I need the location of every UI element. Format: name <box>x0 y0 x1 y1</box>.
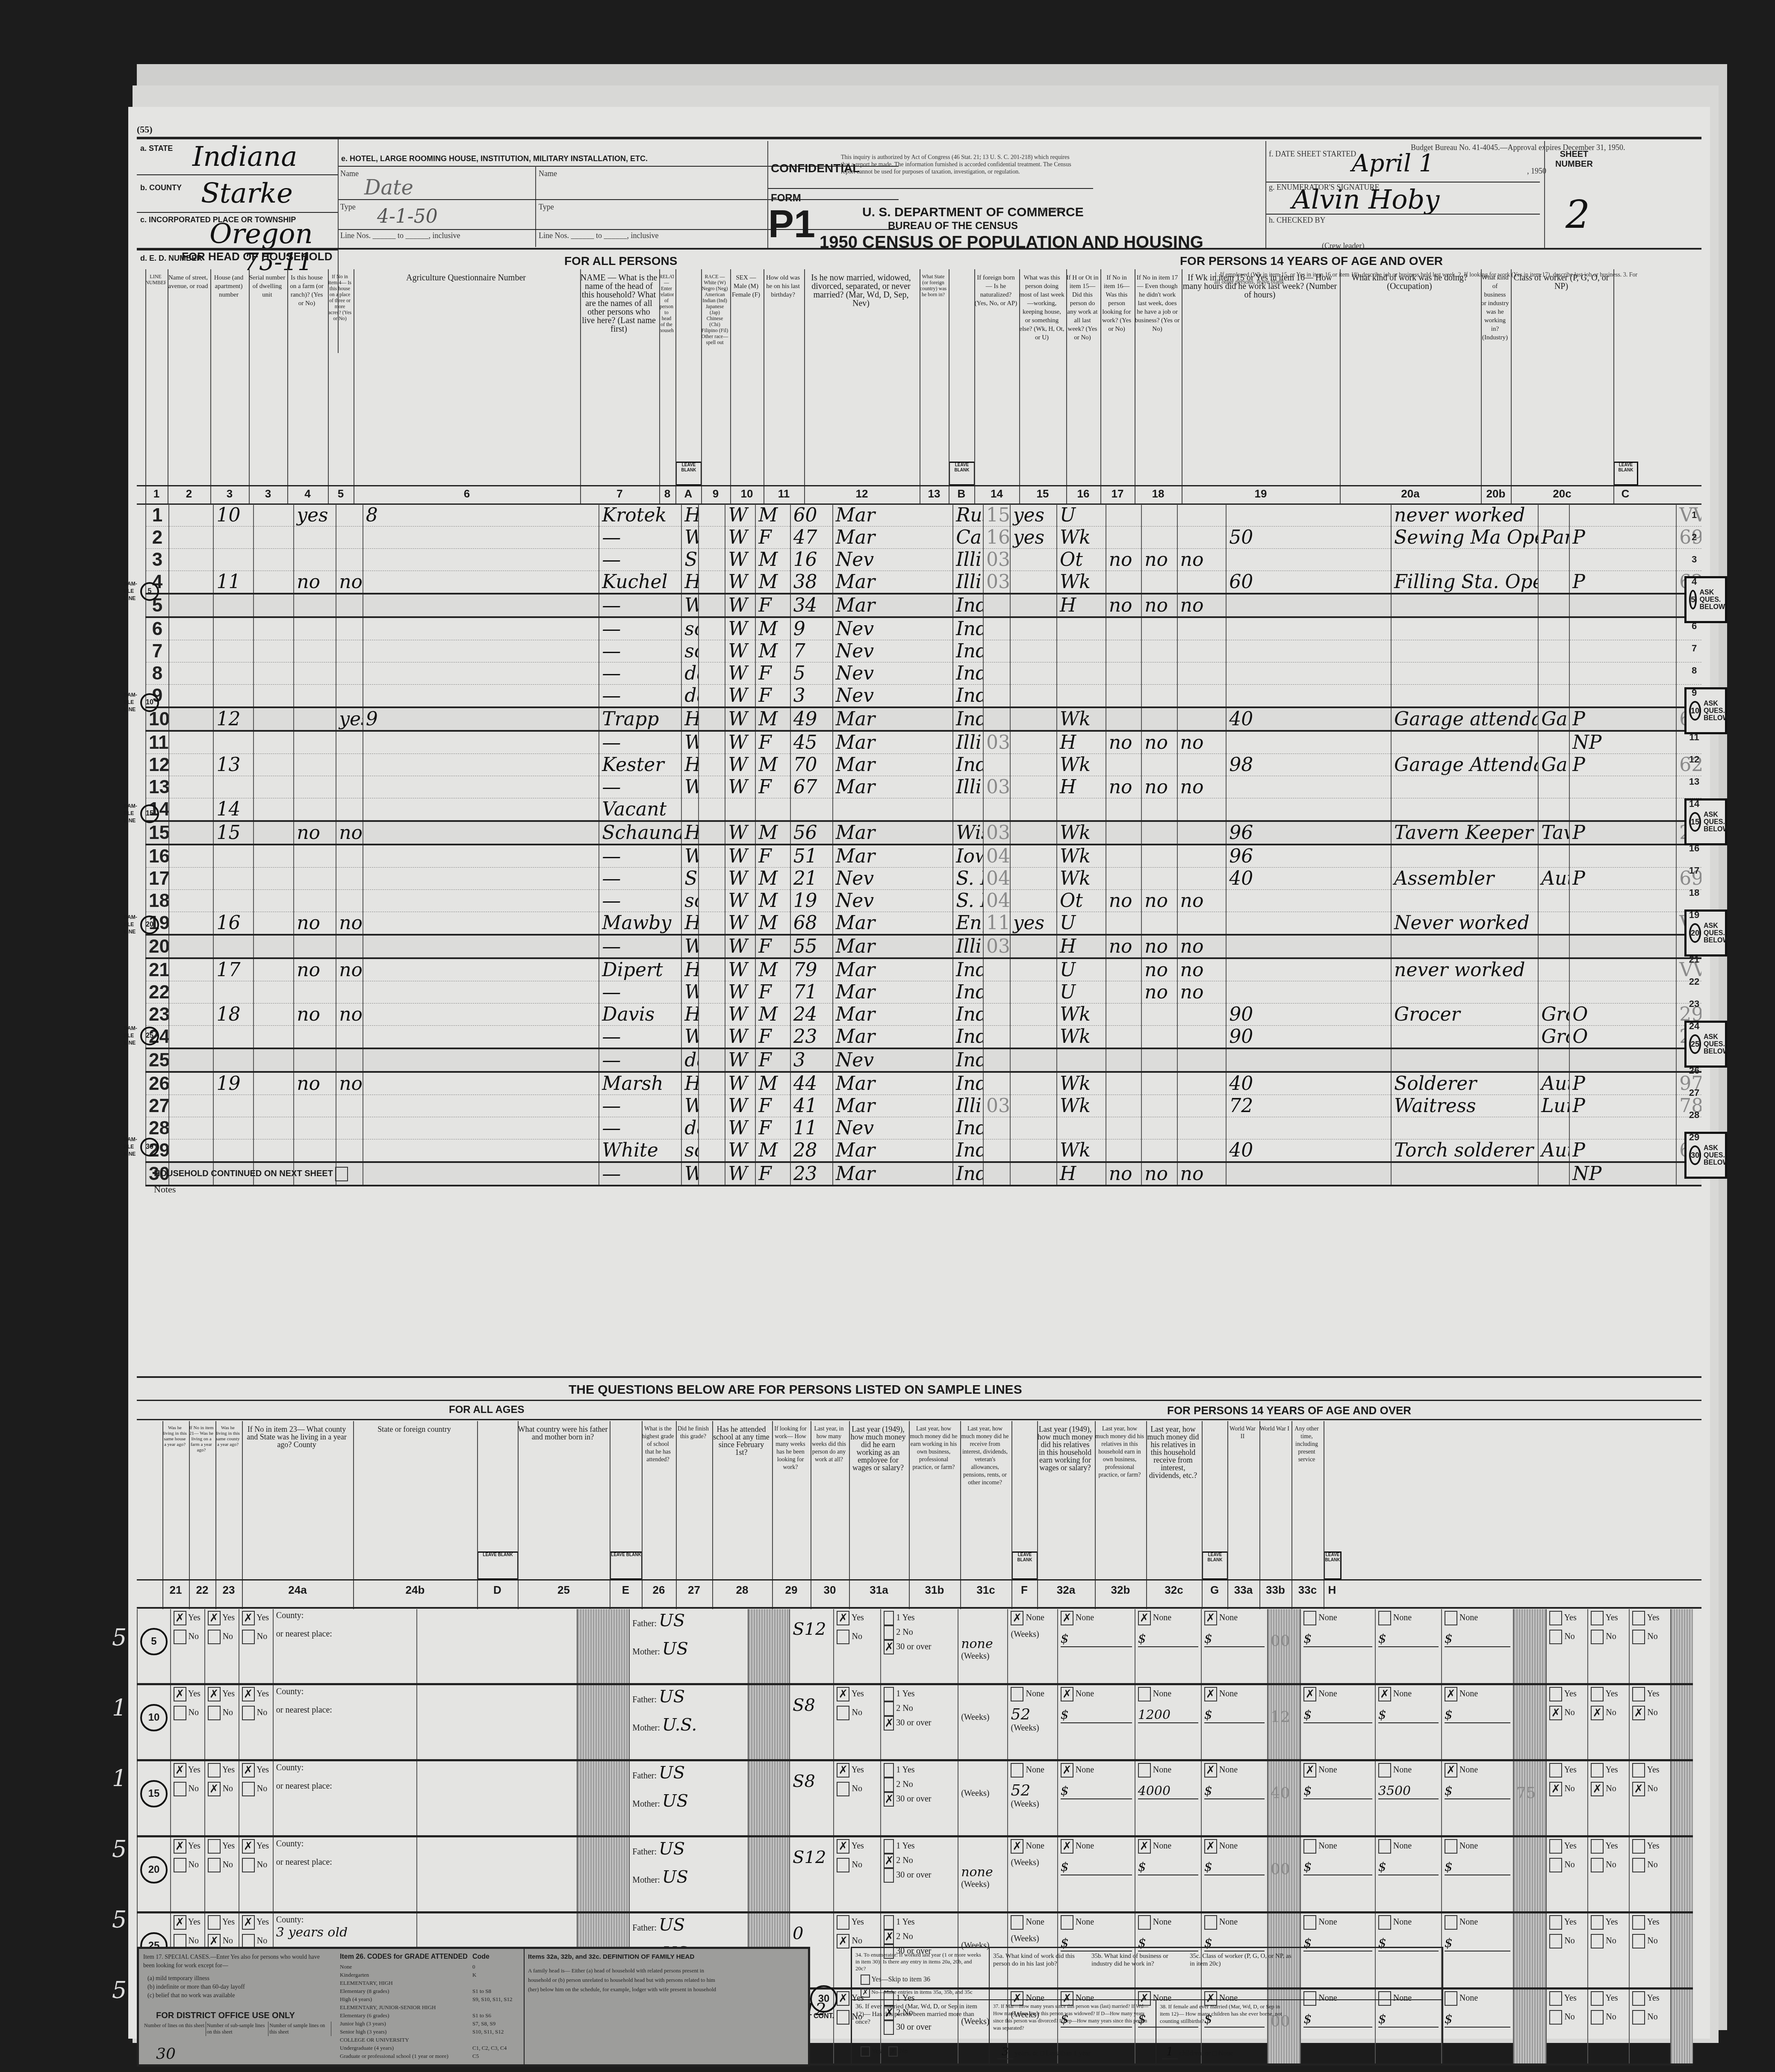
naturalized <box>1010 958 1057 981</box>
age: 21 <box>790 868 833 890</box>
column-number: 3 <box>210 487 249 500</box>
activity: Wk <box>1057 821 1106 845</box>
column-number: 9 <box>701 487 730 500</box>
agriculture-number: 9 <box>363 707 599 731</box>
serial-cell <box>254 1117 294 1139</box>
leave-blank-a <box>699 776 725 798</box>
leave-blank-b-code: 033 <box>983 549 1010 571</box>
age: 68 <box>790 912 833 935</box>
q22: Yes No <box>205 1837 239 1913</box>
line-number-right: 8 <box>1688 665 1701 676</box>
activity: H <box>1057 935 1106 958</box>
name-value: Date <box>364 176 413 200</box>
naturalized <box>1010 821 1057 845</box>
age: 7 <box>790 640 833 662</box>
hours-worked <box>1226 640 1391 662</box>
title-block: CONFIDENTIAL This inquiry is authorized … <box>767 141 1251 248</box>
occupation <box>1391 640 1538 662</box>
section-all-persons: FOR ALL PERSONS <box>564 254 677 268</box>
class-of-worker <box>1569 594 1676 617</box>
agriculture-number <box>363 549 599 571</box>
surname: — <box>602 776 681 798</box>
q38-answer: 1 children, or □ None <box>1162 2046 1233 2058</box>
leave-blank-a <box>699 1048 725 1072</box>
street-cell <box>169 912 213 935</box>
leave-blank-h <box>1671 1760 1693 1837</box>
occupation <box>1391 776 1538 798</box>
person-name: —Ida <box>599 845 681 868</box>
line-number: 7 <box>146 640 169 662</box>
birthplace: Indiana <box>953 754 983 776</box>
activity: Ot <box>1057 549 1106 571</box>
q30-weeks-worked: ✗ None(Weeks) <box>1008 1837 1057 1913</box>
leave-blank-a <box>699 527 725 549</box>
line-number-right: 4 <box>1688 576 1701 587</box>
street-cell <box>169 868 213 890</box>
relationship <box>681 798 699 821</box>
acres-answer <box>336 1139 363 1163</box>
naturalized <box>1010 1162 1057 1186</box>
hours-worked <box>1226 798 1391 821</box>
age: 9 <box>790 617 833 640</box>
column-header: How old was he on his last birthday? <box>764 274 802 483</box>
race: W <box>725 776 755 798</box>
item-18: no <box>1177 731 1227 754</box>
sheet-number: 2 <box>1566 192 1590 237</box>
acres-answer: yes <box>336 707 363 731</box>
sex: F <box>755 1117 790 1139</box>
item-16: no <box>1106 731 1141 754</box>
hours-worked: 40 <box>1226 1072 1391 1095</box>
agriculture-number: 8 <box>363 504 599 527</box>
relationship: Head <box>681 754 699 776</box>
leave-blank-a <box>699 1072 725 1095</box>
item-16 <box>1106 845 1141 868</box>
house-number <box>213 1139 254 1163</box>
occupation <box>1391 685 1538 708</box>
serial-cell <box>254 1095 294 1117</box>
class-of-worker: NP <box>1569 1162 1676 1186</box>
agriculture-number <box>363 868 599 890</box>
sample-column-number: 24b <box>353 1583 477 1597</box>
leave-blank-a <box>699 1026 725 1049</box>
farm-answer: yes <box>294 504 336 527</box>
street-cell <box>169 640 213 662</box>
table-row: 9—EvelyndaughterWF3NevIndiana <box>146 685 1701 708</box>
grade-code-row: Elementary (6 grades)S1 to S6 <box>340 2011 519 2019</box>
naturalized <box>1010 890 1057 912</box>
item-17 <box>1141 504 1177 527</box>
item-18 <box>1177 912 1227 935</box>
activity: H <box>1057 1162 1106 1186</box>
item-16 <box>1106 1139 1141 1163</box>
item-16 <box>1106 1026 1141 1049</box>
birthplace: Illinois <box>953 1095 983 1117</box>
q33a-ww2: Yes No <box>1546 1837 1588 1913</box>
item-17 <box>1141 707 1177 731</box>
age: 41 <box>790 1095 833 1117</box>
age: 11 <box>790 1117 833 1139</box>
street-cell <box>169 549 213 571</box>
house-number <box>213 1048 254 1072</box>
column-number: 17 <box>1100 487 1135 500</box>
leave-blank-e <box>748 1684 790 1760</box>
hours-worked <box>1226 958 1391 981</box>
farm-answer: no <box>294 912 336 935</box>
activity: Wk <box>1057 845 1106 868</box>
grade-code-row: ELEMENTARY, HIGH <box>340 1979 519 1987</box>
house-number <box>213 776 254 798</box>
agriculture-number <box>363 594 599 617</box>
person-name: —Atta <box>599 981 681 1004</box>
birthplace: Canada <box>953 527 983 549</box>
industry: Lunch Room <box>1538 1095 1569 1117</box>
q33c-other: Yes No <box>1629 1989 1671 2065</box>
column-number: 13 <box>920 487 949 500</box>
special-cases-list: (a) mild temporary illness(b) indefinite… <box>147 1975 245 2000</box>
street-cell <box>169 1048 213 1072</box>
birthplace: Indiana <box>953 1004 983 1026</box>
birthplace: England <box>953 912 983 935</box>
line-number: 22 <box>146 981 169 1004</box>
occupation <box>1391 594 1538 617</box>
race: W <box>725 1139 755 1163</box>
surname: Kuchel <box>602 571 681 593</box>
agriculture-number <box>363 798 599 821</box>
relationship: Wife <box>681 1026 699 1049</box>
leave-blank-h <box>1671 1913 1693 1989</box>
item-17 <box>1141 912 1177 935</box>
person-name: DavisDale R. <box>599 1004 681 1026</box>
agriculture-number <box>363 527 599 549</box>
item-17 <box>1141 798 1177 821</box>
q27-finished: ✗ Yes No <box>834 1760 881 1837</box>
household-continued-label: HOUSEHOLD CONTINUED ON NEXT SHEET <box>154 1167 348 1181</box>
item-18 <box>1177 685 1227 708</box>
class-of-worker <box>1569 798 1676 821</box>
hours-worked: 90 <box>1226 1026 1391 1049</box>
relationship: Head <box>681 571 699 594</box>
q26-grade: S8 <box>790 1760 834 1837</box>
class-of-worker: O <box>1569 1004 1676 1026</box>
sample-column-number: 28 <box>712 1583 772 1597</box>
line-number: 13 <box>146 776 169 798</box>
column-header: If No in item 16— Was this person lookin… <box>1100 274 1133 483</box>
item-17 <box>1141 662 1177 685</box>
industry <box>1538 845 1569 868</box>
hours-worked <box>1226 1048 1391 1072</box>
leave-blank-a <box>699 617 725 640</box>
column-header: If Wk in item 15 or Yes in item 16— How … <box>1182 274 1338 483</box>
relationship: Wife <box>681 1095 699 1117</box>
street-cell <box>169 1072 213 1095</box>
q34-yes[interactable]: Yes—Skip to item 36 <box>861 1975 930 1985</box>
age: 23 <box>790 1026 833 1049</box>
q33c-other: Yes✗ No <box>1629 1760 1671 1837</box>
industry: Garage <box>1538 707 1569 731</box>
farm-answer <box>294 594 336 617</box>
race: W <box>725 958 755 981</box>
surname: — <box>602 662 681 684</box>
line-number-right: 2 <box>1688 532 1701 543</box>
farm-answer <box>294 662 336 685</box>
naturalized <box>1010 1139 1057 1163</box>
item-17 <box>1141 1072 1177 1095</box>
sex: F <box>755 935 790 958</box>
industry <box>1538 640 1569 662</box>
farm-answer <box>294 1026 336 1049</box>
class-of-worker <box>1569 549 1676 571</box>
industry <box>1538 571 1569 594</box>
leave-blank-a <box>699 845 725 868</box>
age: 47 <box>790 527 833 549</box>
item-17 <box>1141 845 1177 868</box>
naturalized <box>1010 707 1057 731</box>
age: 56 <box>790 821 833 845</box>
age: 67 <box>790 776 833 798</box>
sex: F <box>755 776 790 798</box>
bureau: BUREAU OF THE CENSUS <box>888 220 1018 232</box>
agriculture-number <box>363 981 599 1004</box>
sex: M <box>755 617 790 640</box>
occupation <box>1391 1048 1538 1072</box>
sample-column-header: If No in item 23— What county and State … <box>242 1425 351 1575</box>
person-name: —Merle <box>599 890 681 912</box>
birthplace: Russia <box>953 504 983 527</box>
person-name: —Metta <box>599 776 681 798</box>
naturalized <box>1010 549 1057 571</box>
margin-tally-mark: 5 <box>112 1977 127 2004</box>
industry <box>1538 958 1569 981</box>
q31b: ✗ None$ <box>1135 1837 1201 1913</box>
street-cell <box>169 617 213 640</box>
table-row: 1414Vacant <box>146 798 1701 821</box>
surname: — <box>602 868 681 889</box>
activity <box>1057 662 1106 685</box>
acres-answer <box>336 1048 363 1072</box>
leave-blank-a <box>699 549 725 571</box>
table-row: 3—EarlSonWM16NevIllinois033Otnonono <box>146 549 1701 571</box>
naturalized <box>1010 754 1057 776</box>
sex: F <box>755 527 790 549</box>
sample-column-header: LEAVE BLANK <box>1011 1551 1038 1580</box>
type-label: Type <box>340 203 356 212</box>
leave-blank-a <box>699 662 725 685</box>
leave-blank-g <box>1513 1913 1547 1989</box>
surname: Marsh <box>602 1073 681 1095</box>
line-number: 18 <box>146 890 169 912</box>
birthplace: S. Dakota <box>953 890 983 912</box>
column-number: 14 <box>974 487 1019 500</box>
continued-checkbox[interactable] <box>335 1167 348 1181</box>
activity: H <box>1057 594 1106 617</box>
person-name: TrappGeorge <box>599 707 681 731</box>
column-header: Agriculture Questionnaire Number <box>354 274 578 483</box>
column-header: Is he now married, widowed, divorced, se… <box>804 274 918 483</box>
sample-column-header: If No in item 21— Was he living on a far… <box>189 1425 214 1575</box>
census-sheet: (55) Budget Bureau No. 41-4045.—Approval… <box>128 107 1710 2039</box>
leave-blank-h <box>1671 1837 1693 1913</box>
activity <box>1057 1048 1106 1072</box>
surname: — <box>602 1026 681 1048</box>
activity: Wk <box>1057 707 1106 731</box>
activity: U <box>1057 958 1106 981</box>
q29-weeks-looking: (Weeks) <box>958 1684 1008 1760</box>
leave-blank-a <box>699 640 725 662</box>
street-cell <box>169 958 213 981</box>
item-16 <box>1106 662 1141 685</box>
farm-answer <box>294 549 336 571</box>
surname: — <box>602 1117 681 1139</box>
line-number: 16 <box>146 845 169 868</box>
q32b: None$ <box>1375 1837 1442 1913</box>
grade-codes-list: None0KindergartenKELEMENTARY, HIGHElemen… <box>340 1963 519 2060</box>
person-name: —Earl <box>599 549 681 571</box>
leave-blank-a <box>699 707 725 731</box>
race: W <box>725 845 755 868</box>
table-row: 28—MarilyndaughterWF11NevIndiana <box>146 1117 1701 1139</box>
leave-blank-b-code <box>983 1139 1010 1163</box>
marital-status: Mar <box>833 504 953 527</box>
line-number: 20 <box>146 935 169 958</box>
naturalized <box>1010 1026 1057 1049</box>
naturalized <box>1010 981 1057 1004</box>
q24a-county: County:or nearest place: <box>273 1684 417 1760</box>
leave-blank-b-code: 045 <box>983 868 1010 890</box>
serial-cell <box>254 798 294 821</box>
q24a-county: County:or nearest place: <box>273 1609 417 1684</box>
activity: Wk <box>1057 1072 1106 1095</box>
age: 16 <box>790 549 833 571</box>
person-name: —Jacquelyn <box>599 1048 681 1072</box>
q34-no[interactable]: ✗ No—Make entries in items 35a, 35b, and… <box>861 1987 973 1998</box>
sample-column-number: 26 <box>642 1583 676 1597</box>
item-16 <box>1106 1004 1141 1026</box>
line-number-right: 18 <box>1688 887 1701 898</box>
sample-column-header: World War I <box>1259 1425 1290 1575</box>
hours-worked: 40 <box>1226 868 1391 890</box>
q28-school: 1 Yes 2 No✗ 30 or over <box>881 1760 958 1837</box>
birthplace: Illinois <box>953 731 983 754</box>
acres-answer: no <box>336 1072 363 1095</box>
leave-blank-e <box>748 1609 790 1684</box>
county-label: b. COUNTY <box>140 182 182 193</box>
sample-column-header: Last year, how much money did his relati… <box>1095 1425 1144 1575</box>
column-header: If No in item 17— Even though he didn't … <box>1135 274 1180 483</box>
questions-34-38: 34. To enumerator: If worked last year (… <box>851 1947 1443 2065</box>
item-16 <box>1106 527 1141 549</box>
race: W <box>725 1072 755 1095</box>
item-18: no <box>1177 549 1227 571</box>
table-row: 8—DorisdaughterWF5NevIndiana <box>146 662 1701 685</box>
q33b-ww1: Yes✗ No <box>1588 1684 1629 1760</box>
relationship: Wife <box>681 527 699 549</box>
item-18 <box>1177 1117 1227 1139</box>
codes-box: Item 17. SPECIAL CASES.—Enter Yes also f… <box>137 1947 810 2066</box>
column-header: LEAVE BLANK <box>949 462 975 486</box>
leave-blank-g <box>1513 1837 1547 1913</box>
serial-cell <box>254 776 294 798</box>
q31b: None4000 <box>1135 1760 1201 1837</box>
leave-blank-a <box>699 1117 725 1139</box>
q36-answer[interactable]: Yes ✗ No <box>861 2046 908 2057</box>
house-number <box>213 640 254 662</box>
column-header: What was this person doing most of last … <box>1019 274 1064 483</box>
q28-school: 1 Yes 2 No✗ 30 or over <box>881 1609 958 1684</box>
farm-answer <box>294 640 336 662</box>
race: W <box>725 1117 755 1139</box>
industry: Pants Factory <box>1538 527 1569 549</box>
activity: Ot <box>1057 890 1106 912</box>
sample-line-label: SAM-PLE LINE30 <box>124 1136 159 1158</box>
farm-answer: no <box>294 821 336 845</box>
leave-blank-b-code <box>983 1004 1010 1026</box>
item-18 <box>1177 821 1227 845</box>
leave-blank-a <box>699 935 725 958</box>
column-number: 12 <box>804 487 920 500</box>
industry <box>1538 549 1569 571</box>
race: W <box>725 1004 755 1026</box>
farm-answer <box>294 935 336 958</box>
agriculture-number <box>363 640 599 662</box>
sex: M <box>755 549 790 571</box>
serial-cell <box>254 617 294 640</box>
sex: M <box>755 640 790 662</box>
industry <box>1538 1117 1569 1139</box>
age: 55 <box>790 935 833 958</box>
table-row: 1012yes9TrappGeorgeHeadWM49MarIndianaWk4… <box>146 707 1701 731</box>
sex: F <box>755 1048 790 1072</box>
person-name: —Eva <box>599 527 681 549</box>
margin-tally-mark: 1 <box>112 1695 127 1722</box>
q33c-other: Yes No <box>1629 1609 1671 1684</box>
hours-worked: 96 <box>1226 821 1391 845</box>
q22: Yes✗ No <box>205 1760 239 1837</box>
class-of-worker: P <box>1569 527 1676 549</box>
occupation <box>1391 662 1538 685</box>
item-16: no <box>1106 890 1141 912</box>
farm-answer: no <box>294 1004 336 1026</box>
sex: F <box>755 685 790 708</box>
leave-blank-g <box>1513 1609 1547 1684</box>
race: W <box>725 662 755 685</box>
grade-codes-title: Item 26. CODES for GRADE ATTENDED <box>340 1953 468 1961</box>
column-header: Is this house on a farm (or ranch)? (Yes… <box>287 274 326 483</box>
sex: F <box>755 845 790 868</box>
house-number: 14 <box>213 798 254 821</box>
leave-blank-a <box>699 1095 725 1117</box>
column-header: What State (or foreign country) was he b… <box>920 274 947 483</box>
item-17: no <box>1141 549 1177 571</box>
house-number: 15 <box>213 821 254 845</box>
column-number: 19 <box>1182 487 1340 500</box>
marital-status: Mar <box>833 1026 953 1049</box>
person-name: —Raymond <box>599 640 681 662</box>
item-17 <box>1141 527 1177 549</box>
item-16 <box>1106 685 1141 708</box>
sample-section-title: THE QUESTIONS BELOW ARE FOR PERSONS LIST… <box>569 1383 1022 1397</box>
occupation <box>1391 617 1538 640</box>
acres-answer <box>336 685 363 708</box>
item-18 <box>1177 1026 1227 1049</box>
line-number-right: 3 <box>1688 554 1701 565</box>
line-nos-1: Line Nos. ______ to ______, inclusive <box>340 231 460 240</box>
leave-blank-h <box>1671 1609 1693 1684</box>
q32c: ✗ None$ <box>1442 1684 1513 1760</box>
hours-worked <box>1226 981 1391 1004</box>
ask-text: ASK QUES. BELOW <box>1699 589 1725 611</box>
house-number <box>213 527 254 549</box>
